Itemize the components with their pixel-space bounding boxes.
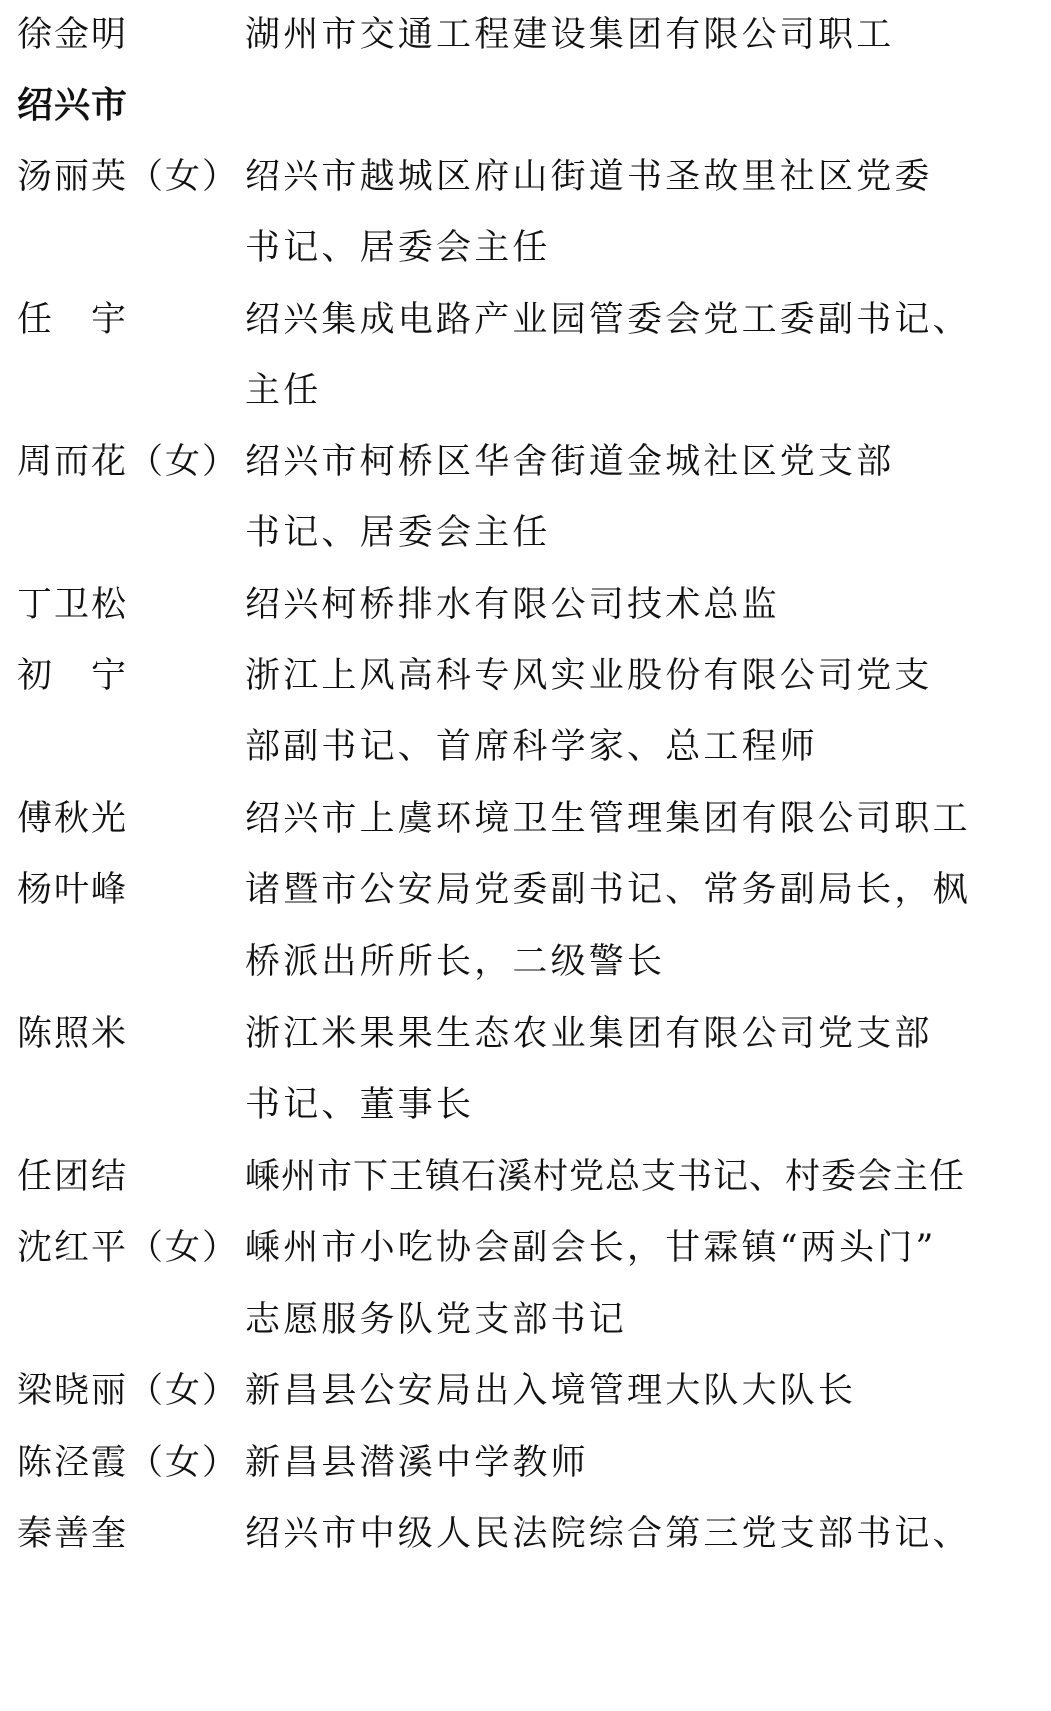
list-item: 傅秋光 绍兴市上虞环境卫生管理集团有限公司职工 xyxy=(0,784,1051,856)
person-title: 绍兴柯桥排水有限公司技术总监 xyxy=(245,570,780,642)
section-heading: 绍兴市 xyxy=(17,70,128,142)
list-item-continuation: 书记、居委会主任 xyxy=(0,213,1051,285)
list-item: 沈红平（女） 嵊州市小吃协会副会长，甘霖镇“两头门” xyxy=(0,1213,1051,1285)
list-item: 汤丽英（女） 绍兴市越城区府山街道书圣故里社区党委 xyxy=(0,142,1051,214)
person-title-continued: 书记、居委会主任 xyxy=(245,213,551,285)
list-item: 陈泾霞（女） 新昌县潜溪中学教师 xyxy=(0,1428,1051,1500)
list-item-continuation: 部副书记、首席科学家、总工程师 xyxy=(0,712,1051,784)
person-name: 陈泾霞（女） xyxy=(17,1428,239,1500)
list-item-continuation: 书记、居委会主任 xyxy=(0,498,1051,570)
list-item-continuation: 主任 xyxy=(0,356,1051,428)
person-name: 丁卫松 xyxy=(17,570,128,642)
list-item-continuation: 志愿服务队党支部书记 xyxy=(0,1285,1051,1357)
person-name: 任 宇 xyxy=(17,285,128,357)
list-item: 任 宇 绍兴集成电路产业园管委会党工委副书记、 xyxy=(0,285,1051,357)
list-item: 丁卫松 绍兴柯桥排水有限公司技术总监 xyxy=(0,570,1051,642)
person-name: 汤丽英（女） xyxy=(17,142,239,214)
list-item: 秦善奎 绍兴市中级人民法院综合第三党支部书记、 xyxy=(0,1499,1051,1571)
person-title: 浙江米果果生态农业集团有限公司党支部 xyxy=(245,999,933,1071)
person-title: 嵊州市下王镇石溪村党总支书记、村委会主任 xyxy=(245,1142,965,1214)
person-title: 绍兴市上虞环境卫生管理集团有限公司职工 xyxy=(245,784,971,856)
person-title-continued: 书记、董事长 xyxy=(245,1070,474,1142)
list-item-continuation: 书记、董事长 xyxy=(0,1070,1051,1142)
person-name: 初 宁 xyxy=(17,641,128,713)
person-title-continued: 志愿服务队党支部书记 xyxy=(245,1285,627,1357)
person-title: 新昌县潜溪中学教师 xyxy=(245,1428,589,1500)
list-item: 徐金明 湖州市交通工程建设集团有限公司职工 xyxy=(0,0,1051,72)
person-name: 徐金明 xyxy=(17,0,128,72)
list-item: 杨叶峰 诸暨市公安局党委副书记、常务副局长，枫 xyxy=(0,855,1051,927)
person-name: 任团结 xyxy=(17,1142,128,1214)
list-item: 陈照米 浙江米果果生态农业集团有限公司党支部 xyxy=(0,999,1051,1071)
person-name: 傅秋光 xyxy=(17,784,128,856)
person-name: 周而花（女） xyxy=(17,427,239,499)
person-title: 绍兴市中级人民法院综合第三党支部书记、 xyxy=(245,1499,971,1571)
person-title-continued: 部副书记、首席科学家、总工程师 xyxy=(245,712,818,784)
list-item: 任团结 嵊州市下王镇石溪村党总支书记、村委会主任 xyxy=(0,1142,1051,1214)
person-title: 绍兴市柯桥区华舍街道金城社区党支部 xyxy=(245,427,894,499)
person-name: 秦善奎 xyxy=(17,1499,128,1571)
person-title: 诸暨市公安局党委副书记、常务副局长，枫 xyxy=(245,855,971,927)
person-title-continued: 主任 xyxy=(245,356,321,428)
person-name: 陈照米 xyxy=(17,999,128,1071)
list-item-continuation: 桥派出所所长，二级警长 xyxy=(0,927,1051,999)
person-title-continued: 书记、居委会主任 xyxy=(245,498,551,570)
person-title: 绍兴集成电路产业园管委会党工委副书记、 xyxy=(245,285,971,357)
person-title: 浙江上风高科专风实业股份有限公司党支 xyxy=(245,641,933,713)
person-title-continued: 桥派出所所长，二级警长 xyxy=(245,927,665,999)
person-name: 沈红平（女） xyxy=(17,1213,239,1285)
list-item: 初 宁 浙江上风高科专风实业股份有限公司党支 xyxy=(0,641,1051,713)
section-heading-row: 绍兴市 xyxy=(0,70,1051,142)
person-name: 杨叶峰 xyxy=(17,855,128,927)
person-title: 绍兴市越城区府山街道书圣故里社区党委 xyxy=(245,142,933,214)
list-item: 周而花（女） 绍兴市柯桥区华舍街道金城社区党支部 xyxy=(0,427,1051,499)
list-item: 梁晓丽（女） 新昌县公安局出入境管理大队大队长 xyxy=(0,1356,1051,1428)
person-title: 湖州市交通工程建设集团有限公司职工 xyxy=(245,0,894,72)
person-title: 新昌县公安局出入境管理大队大队长 xyxy=(245,1356,856,1428)
person-title: 嵊州市小吃协会副会长，甘霖镇“两头门” xyxy=(245,1213,937,1285)
person-name: 梁晓丽（女） xyxy=(17,1356,239,1428)
